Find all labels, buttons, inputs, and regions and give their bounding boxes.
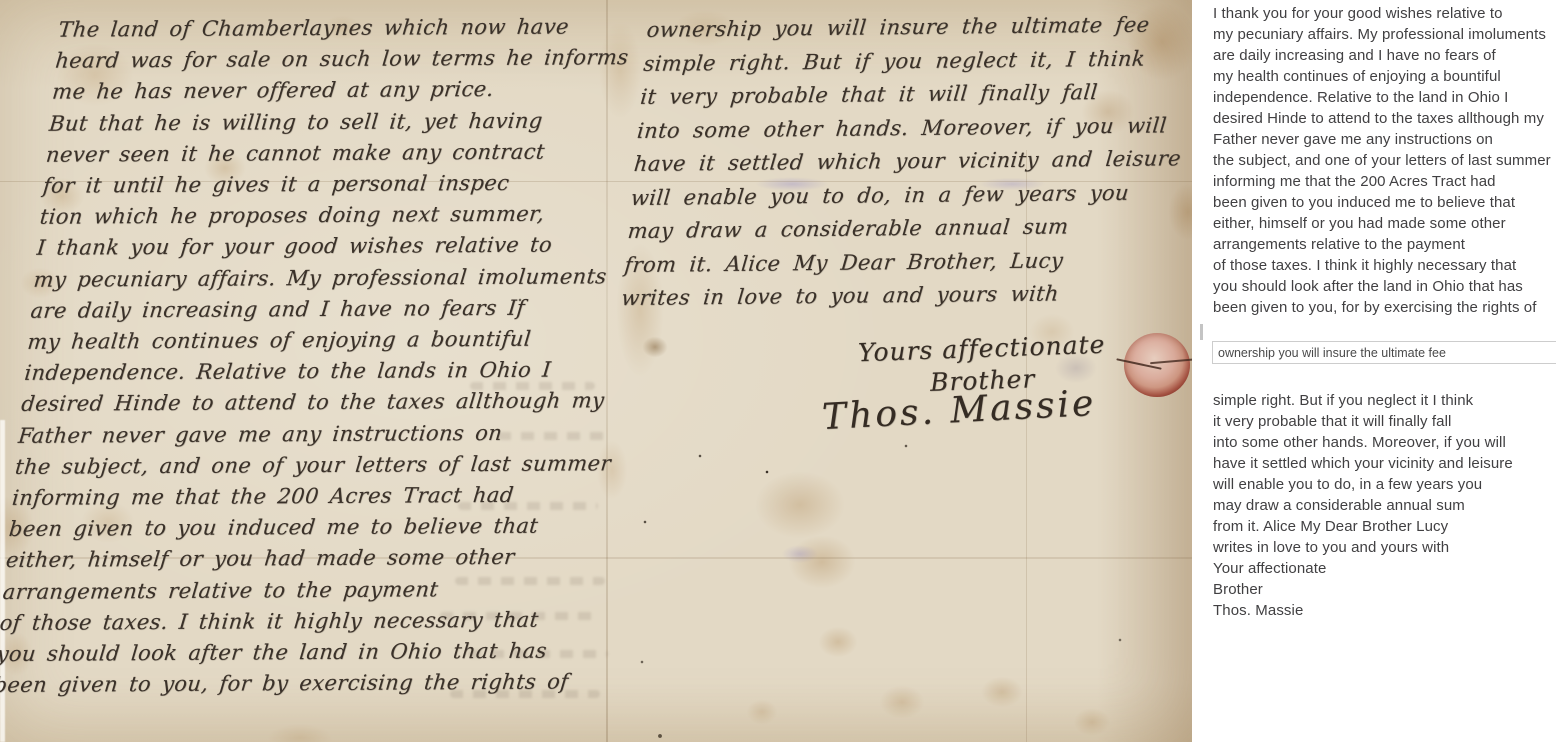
manuscript-closing-line: Yours affectionate [858, 330, 1106, 368]
ink-bleedthrough [450, 690, 600, 698]
ink-bleedthrough [470, 382, 595, 390]
seal-crack [1116, 358, 1161, 370]
fold-line-vertical-center [606, 0, 608, 742]
fold-line-horizontal-lower [0, 557, 1192, 559]
seal-crack [1150, 358, 1192, 365]
ink-bleedthrough [468, 650, 608, 658]
transcription-panel: I thank you for your good wishes relativ… [1192, 0, 1556, 742]
ink-bleedthrough [458, 502, 598, 510]
manuscript-right-page-text: ownership you will insure the ultimate f… [620, 8, 1192, 316]
ink-bleedthrough [455, 577, 605, 585]
transcription-text-before: I thank you for your good wishes relativ… [1213, 3, 1556, 318]
fold-line-vertical-right [1026, 150, 1027, 742]
ink-bleedthrough [498, 432, 608, 440]
ink-bleedthrough [440, 612, 600, 620]
splitter-handle[interactable] [1200, 324, 1203, 340]
current-line-input[interactable] [1212, 341, 1556, 364]
manuscript-signature: Thos. Massie [821, 383, 1097, 438]
manuscript-left-page-text: The land of Chamberlaynes which now have… [0, 11, 660, 702]
manuscript-closing-line: Brother [930, 364, 1036, 397]
wax-seal [1124, 333, 1190, 397]
transcription-text-after: simple right. But if you neglect it I th… [1213, 390, 1556, 621]
document-image-pane[interactable]: The land of Chamberlaynes which now have… [0, 0, 1192, 742]
fold-line-horizontal-upper [0, 181, 1192, 182]
transcription-workspace: The land of Chamberlaynes which now have… [0, 0, 1556, 742]
paper-edge [0, 420, 5, 742]
